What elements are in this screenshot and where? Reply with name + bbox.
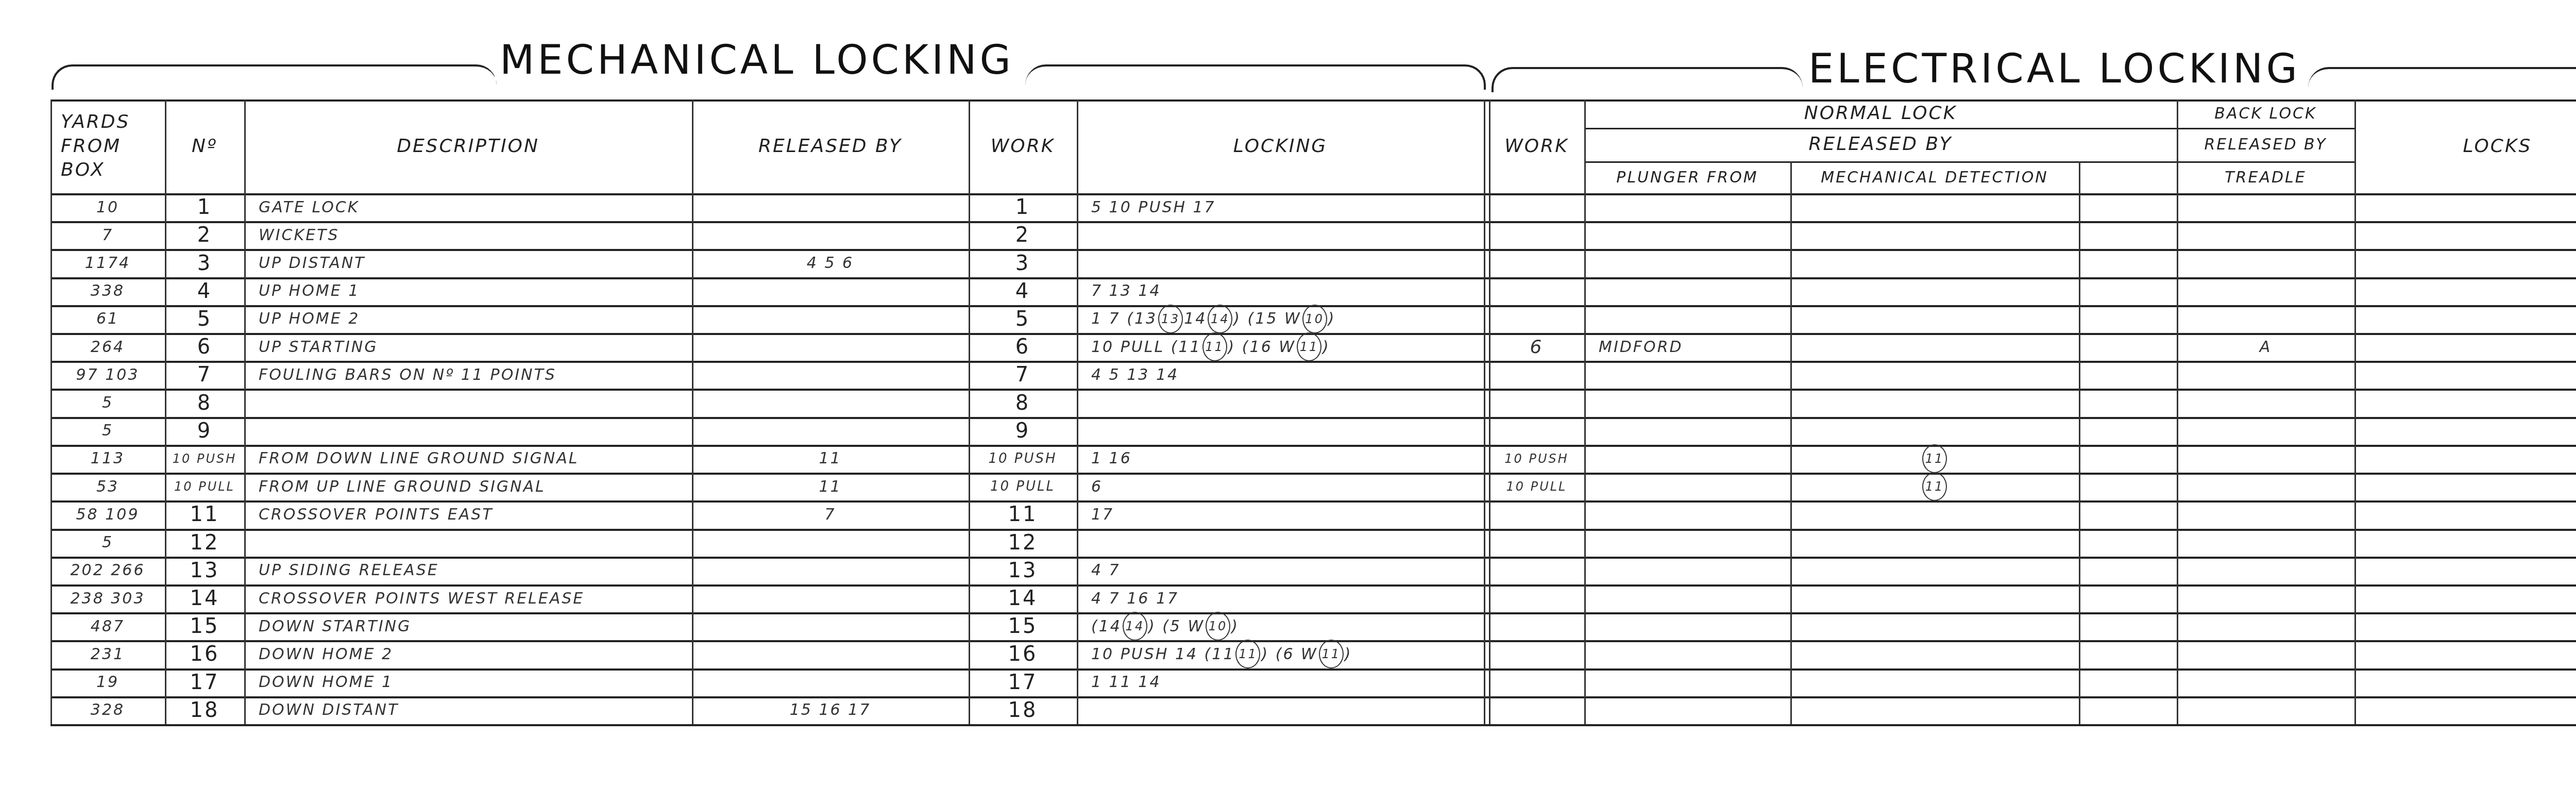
description-cell: DOWN HOME 2 [244, 640, 692, 668]
blank-cell [2079, 249, 2177, 277]
work-cell: 14 [969, 584, 1077, 612]
electrical-work-cell [1489, 417, 1584, 445]
description-cell [244, 389, 692, 416]
mechanical-detection-cell [1790, 221, 2079, 249]
work-cell: 11 [969, 500, 1077, 528]
plunger-from-cell [1584, 529, 1790, 557]
circled-number: 11 [1297, 332, 1321, 361]
released-by-cell [692, 277, 969, 305]
electrical-work-cell [1489, 696, 1584, 724]
electrical-work-cell [1489, 668, 1584, 696]
released-by-cell [692, 640, 969, 668]
plunger-from-cell [1584, 557, 1790, 584]
locks-cell [2354, 529, 2576, 557]
released-by-cell [692, 361, 969, 389]
treadle-cell [2177, 640, 2354, 668]
plunger-from-cell [1584, 473, 1790, 500]
lever-number-cell: 4 [165, 277, 244, 305]
locking-cell [1077, 696, 1484, 724]
locks-cell [2354, 500, 2576, 528]
treadle-cell [2177, 221, 2354, 249]
circled-number: 11 [1235, 640, 1260, 668]
circled-number: 13 [1158, 305, 1183, 333]
yards-cell: 19 [50, 668, 165, 696]
mechanical-detection-cell [1790, 584, 2079, 612]
yards-cell: 58 109 [50, 500, 165, 528]
blank-cell [2079, 277, 2177, 305]
locking-cell: 10 PULL (11 11) (16 W 11) [1077, 333, 1484, 361]
released-by-cell: 11 [692, 473, 969, 500]
description-cell: CROSSOVER POINTS EAST [244, 500, 692, 528]
electrical-work-cell [1489, 640, 1584, 668]
locks-cell [2354, 696, 2576, 724]
mechanical-detection-cell [1790, 361, 2079, 389]
description-cell: FROM UP LINE GROUND SIGNAL [244, 473, 692, 500]
blank-cell [2079, 696, 2177, 724]
description-cell: FROM DOWN LINE GROUND SIGNAL [244, 445, 692, 473]
locking-cell: 7 13 14 [1077, 277, 1484, 305]
locking-cell: 17 [1077, 500, 1484, 528]
description-cell [244, 529, 692, 557]
plunger-from-cell [1584, 640, 1790, 668]
locks-cell [2354, 249, 2576, 277]
yards-cell: 5 [50, 529, 165, 557]
treadle-cell [2177, 361, 2354, 389]
header-normal-released-by: RELEASED BY [1584, 128, 2177, 161]
electrical-work-cell [1489, 557, 1584, 584]
treadle-cell [2177, 277, 2354, 305]
description-cell: WICKETS [244, 221, 692, 249]
mechanical-detection-cell: 11 [1790, 445, 2079, 473]
locks-cell [2354, 612, 2576, 640]
plunger-from-cell [1584, 668, 1790, 696]
yards-cell: 113 [50, 445, 165, 473]
locks-cell [2354, 305, 2576, 333]
released-by-cell [692, 417, 969, 445]
blank-cell [2079, 500, 2177, 528]
released-by-cell: 15 16 17 [692, 696, 969, 724]
released-by-cell: 7 [692, 500, 969, 528]
blank-cell [2079, 529, 2177, 557]
locking-cell [1077, 221, 1484, 249]
treadle-cell: A [2177, 333, 2354, 361]
released-by-cell [692, 668, 969, 696]
electrical-work-cell [1489, 529, 1584, 557]
work-cell: 13 [969, 557, 1077, 584]
row-divider [50, 724, 2576, 726]
work-cell: 12 [969, 529, 1077, 557]
locks-cell [2354, 668, 2576, 696]
lever-number-cell: 7 [165, 361, 244, 389]
work-cell: 9 [969, 417, 1077, 445]
lever-number-cell: 16 [165, 640, 244, 668]
header-released-by: RELEASED BY [692, 99, 969, 193]
mechanical-detection-cell [1790, 305, 2079, 333]
mechanical-detection-cell [1790, 500, 2079, 528]
yards-cell: 5 [50, 389, 165, 416]
yards-cell: 238 303 [50, 584, 165, 612]
work-cell: 3 [969, 249, 1077, 277]
description-cell: UP HOME 2 [244, 305, 692, 333]
mechanical-detection-cell [1790, 193, 2079, 221]
electrical-work-cell [1489, 249, 1584, 277]
locks-cell [2354, 193, 2576, 221]
released-by-cell [692, 305, 969, 333]
locking-cell [1077, 249, 1484, 277]
released-by-cell [692, 221, 969, 249]
electrical-work-cell: 6 [1489, 333, 1584, 361]
work-cell: 2 [969, 221, 1077, 249]
electrical-work-cell [1489, 389, 1584, 416]
yards-cell: 328 [50, 696, 165, 724]
blank-cell [2079, 557, 2177, 584]
locks-cell [2354, 361, 2576, 389]
electrical-work-cell [1489, 277, 1584, 305]
description-cell: UP HOME 1 [244, 277, 692, 305]
mechanical-detection-cell [1790, 612, 2079, 640]
circled-number: 10 [1206, 612, 1230, 641]
mechanical-detection-cell [1790, 529, 2079, 557]
lever-number-cell: 6 [165, 333, 244, 361]
lever-number-cell: 2 [165, 221, 244, 249]
locks-cell [2354, 584, 2576, 612]
plunger-from-cell [1584, 500, 1790, 528]
lever-number-cell: 15 [165, 612, 244, 640]
lever-number-cell: 12 [165, 529, 244, 557]
treadle-cell [2177, 584, 2354, 612]
mechanical-detection-cell [1790, 696, 2079, 724]
locks-cell [2354, 389, 2576, 416]
released-by-cell [692, 529, 969, 557]
yards-cell: 338 [50, 277, 165, 305]
lever-number-cell: 1 [165, 193, 244, 221]
treadle-cell [2177, 612, 2354, 640]
blank-cell [2079, 417, 2177, 445]
electrical-work-cell: 10 PUSH [1489, 445, 1584, 473]
yards-cell: 97 103 [50, 361, 165, 389]
treadle-cell [2177, 473, 2354, 500]
plunger-from-cell [1584, 584, 1790, 612]
work-cell: 5 [969, 305, 1077, 333]
blank-cell [2079, 473, 2177, 500]
mechanical-detection-cell [1790, 640, 2079, 668]
locking-cell: 6 [1077, 473, 1484, 500]
locking-cell: 1 7 (13 13 14 14) (15 W 10) [1077, 305, 1484, 333]
description-cell: UP DISTANT [244, 249, 692, 277]
released-by-cell [692, 193, 969, 221]
circled-number: 14 [1123, 612, 1147, 641]
circled-number: 11 [1202, 332, 1227, 361]
treadle-cell [2177, 417, 2354, 445]
blank-cell [2079, 640, 2177, 668]
released-by-cell [692, 333, 969, 361]
lever-number-cell: 5 [165, 305, 244, 333]
plunger-from-cell [1584, 389, 1790, 416]
released-by-cell [692, 557, 969, 584]
treadle-cell [2177, 696, 2354, 724]
locking-cell: 1 11 14 [1077, 668, 1484, 696]
header-back-lock: BACK LOCK [2177, 99, 2354, 128]
lever-number-cell: 10 PUSH [165, 445, 244, 473]
header-back-released-by: RELEASED BY [2177, 128, 2354, 161]
plunger-from-cell: MIDFORD [1584, 333, 1790, 361]
mechanical-detection-cell [1790, 557, 2079, 584]
header-number: Nº [165, 99, 244, 193]
blank-cell [2079, 361, 2177, 389]
locks-cell [2354, 640, 2576, 668]
yards-cell: 231 [50, 640, 165, 668]
description-cell: DOWN STARTING [244, 612, 692, 640]
circled-number: 10 [1302, 305, 1327, 333]
work-cell: 16 [969, 640, 1077, 668]
yards-cell: 5 [50, 417, 165, 445]
released-by-cell [692, 612, 969, 640]
electrical-work-cell [1489, 584, 1584, 612]
locks-cell [2354, 333, 2576, 361]
work-cell: 1 [969, 193, 1077, 221]
blank-cell [2079, 389, 2177, 416]
work-cell: 10 PUSH [969, 445, 1077, 473]
lever-number-cell: 3 [165, 249, 244, 277]
lever-number-cell: 10 PULL [165, 473, 244, 500]
description-cell: GATE LOCK [244, 193, 692, 221]
electrical-work-cell [1489, 221, 1584, 249]
plunger-from-cell [1584, 612, 1790, 640]
lever-number-cell: 13 [165, 557, 244, 584]
locks-cell [2354, 417, 2576, 445]
blank-cell [2079, 193, 2177, 221]
electrical-work-cell: 10 PULL [1489, 473, 1584, 500]
lever-number-cell: 18 [165, 696, 244, 724]
electrical-work-cell [1489, 361, 1584, 389]
released-by-cell [692, 389, 969, 416]
electrical-work-cell [1489, 500, 1584, 528]
treadle-cell [2177, 193, 2354, 221]
blank-cell [2079, 668, 2177, 696]
description-cell: UP SIDING RELEASE [244, 557, 692, 584]
work-cell: 18 [969, 696, 1077, 724]
header-yards-from-box: YARDS FROM BOX [50, 99, 165, 193]
lever-number-cell: 14 [165, 584, 244, 612]
yards-cell: 7 [50, 221, 165, 249]
treadle-cell [2177, 668, 2354, 696]
circled-number: 11 [1319, 640, 1344, 668]
yards-cell: 264 [50, 333, 165, 361]
plunger-from-cell [1584, 361, 1790, 389]
lever-number-cell: 11 [165, 500, 244, 528]
work-cell: 10 PULL [969, 473, 1077, 500]
locking-cell: 4 7 16 17 [1077, 584, 1484, 612]
locking-cell: 4 5 13 14 [1077, 361, 1484, 389]
mechanical-detection-cell [1790, 277, 2079, 305]
treadle-cell [2177, 249, 2354, 277]
blank-cell [2079, 445, 2177, 473]
plunger-from-cell [1584, 696, 1790, 724]
header-locking: LOCKING [1077, 99, 1484, 193]
locking-cell: 5 10 PUSH 17 [1077, 193, 1484, 221]
work-cell: 4 [969, 277, 1077, 305]
work-cell: 7 [969, 361, 1077, 389]
locks-cell [2354, 445, 2576, 473]
locks-cell [2354, 557, 2576, 584]
treadle-cell [2177, 305, 2354, 333]
plunger-from-cell [1584, 221, 1790, 249]
blank-cell [2079, 584, 2177, 612]
blank-cell [2079, 305, 2177, 333]
locking-cell [1077, 389, 1484, 416]
locks-cell [2354, 277, 2576, 305]
description-cell: DOWN HOME 1 [244, 668, 692, 696]
treadle-cell [2177, 500, 2354, 528]
work-cell: 15 [969, 612, 1077, 640]
yards-cell: 1174 [50, 249, 165, 277]
header-locks: LOCKS [2354, 99, 2576, 193]
description-cell: UP STARTING [244, 333, 692, 361]
plunger-from-cell [1584, 445, 1790, 473]
yards-cell: 61 [50, 305, 165, 333]
plunger-from-cell [1584, 277, 1790, 305]
description-cell [244, 417, 692, 445]
description-cell: FOULING BARS ON Nº 11 POINTS [244, 361, 692, 389]
electrical-work-cell [1489, 612, 1584, 640]
locking-cell: 10 PUSH 14 (11 11) (6 W 11) [1077, 640, 1484, 668]
plunger-from-cell [1584, 417, 1790, 445]
header-electrical-work: WORK [1489, 99, 1584, 193]
mechanical-detection-cell [1790, 417, 2079, 445]
plunger-from-cell [1584, 193, 1790, 221]
treadle-cell [2177, 445, 2354, 473]
locking-cell: 4 7 [1077, 557, 1484, 584]
column-divider [1484, 99, 1485, 724]
electrical-work-cell [1489, 193, 1584, 221]
blank-cell [2079, 333, 2177, 361]
treadle-cell [2177, 557, 2354, 584]
treadle-cell [2177, 529, 2354, 557]
locking-cell [1077, 417, 1484, 445]
header-normal-lock: NORMAL LOCK [1584, 99, 2177, 128]
yards-cell: 10 [50, 193, 165, 221]
description-cell: CROSSOVER POINTS WEST RELEASE [244, 584, 692, 612]
mechanical-detection-cell [1790, 668, 2079, 696]
description-cell: DOWN DISTANT [244, 696, 692, 724]
header-work: WORK [969, 99, 1077, 193]
locks-cell [2354, 473, 2576, 500]
plunger-from-cell [1584, 305, 1790, 333]
yards-cell: 487 [50, 612, 165, 640]
header-treadle: TREADLE [2177, 161, 2354, 193]
locking-table: YARDS FROM BOXNºDESCRIPTIONRELEASED BYWO… [0, 0, 2576, 786]
locking-cell: (14 14) (5 W 10) [1077, 612, 1484, 640]
yards-cell: 53 [50, 473, 165, 500]
yards-cell: 202 266 [50, 557, 165, 584]
mechanical-detection-cell [1790, 333, 2079, 361]
work-cell: 6 [969, 333, 1077, 361]
treadle-cell [2177, 389, 2354, 416]
mechanical-detection-cell [1790, 389, 2079, 416]
blank-cell [2079, 612, 2177, 640]
circled-number: 11 [1922, 472, 1947, 501]
electrical-work-cell [1489, 305, 1584, 333]
mechanical-detection-cell [1790, 249, 2079, 277]
released-by-cell [692, 584, 969, 612]
header-description: DESCRIPTION [244, 99, 692, 193]
mechanical-detection-cell: 11 [1790, 473, 2079, 500]
locking-cell: 1 16 [1077, 445, 1484, 473]
work-cell: 17 [969, 668, 1077, 696]
locks-cell [2354, 221, 2576, 249]
lever-number-cell: 8 [165, 389, 244, 416]
released-by-cell: 11 [692, 445, 969, 473]
blank-cell [2079, 221, 2177, 249]
locking-cell [1077, 529, 1484, 557]
header-plunger-from: PLUNGER FROM [1584, 161, 1790, 193]
plunger-from-cell [1584, 249, 1790, 277]
work-cell: 8 [969, 389, 1077, 416]
released-by-cell: 4 5 6 [692, 249, 969, 277]
header-mechanical-detection: MECHANICAL DETECTION [1790, 161, 2079, 193]
lever-number-cell: 9 [165, 417, 244, 445]
lever-number-cell: 17 [165, 668, 244, 696]
circled-number: 14 [1208, 305, 1232, 333]
circled-number: 11 [1922, 444, 1947, 473]
